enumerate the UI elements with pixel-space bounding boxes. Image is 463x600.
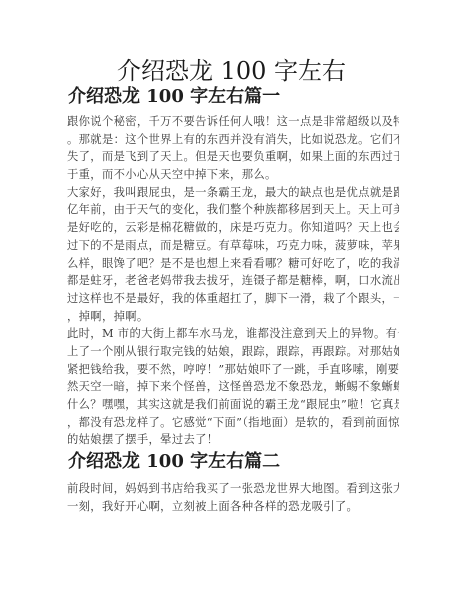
text-line: 。那就是：这个世界上有的东西并没有消失，比如说恐龙。它们不是真正消 [67,131,399,149]
text-line: 上了一个刚从银行取完钱的姑娘，跟踪，跟踪，再跟踪。对那姑娘说：“赶 [67,343,399,361]
text-line: 是好吃的，云彩是棉花糖做的，床是巧克力。你知道吗？天上也会下雨，不 [67,219,399,237]
section-heading-1: 介绍恐龙 100 字左右篇一 [68,86,280,108]
text-line: 么样，眼馋了吧？是不是也想上来看看哪？糖可好吃了，吃的我满嘴洞洞， [67,255,399,273]
text-line: 一刻，我好开心啊，立刻被上面各种各样的恐龙吸引了。 [67,498,399,516]
document-page: 介绍恐龙 100 字左右 介绍恐龙 100 字左右篇一 跟你说个秘密，千万不要告… [0,0,463,600]
section-heading-2: 介绍恐龙 100 字左右篇二 [68,451,280,473]
section-body-1: 跟你说个秘密，千万不要告诉任何人哦！这一点是非常超级以及特别重要滴 。那就是：这… [67,113,399,449]
text-line: 于重，而不小心从天空中掉下来，那么。 [67,166,399,184]
text-line: 前段时间，妈妈到书店给我买了一张恐龙世界大地图。看到这张大地图的那 [67,480,399,498]
text-line: 跟你说个秘密，千万不要告诉任何人哦！这一点是非常超级以及特别重要滴 [67,113,399,131]
text-line: ，都没有恐龙样了。它感觉“下面”（指地面）是软的，看到前面惊魂味定 [67,414,399,432]
text-line: 的姑娘摆了摆手，晕过去了！ [67,431,399,449]
text-line: ，掉啊，掉啊。 [67,308,399,326]
document-title: 介绍恐龙 100 字左右 [0,57,463,85]
text-line: 过这样也不是最好，我的体重超扛了，脚下一滑，栽了个跟头，一直往下掉 [67,290,399,308]
text-line: 失了，而是飞到了天上。但是天也要负重啊，如果上面的东西过于肥胖，过 [67,148,399,166]
text-line: 大家好，我叫跟屁虫，是一条霸王龙，最大的缺点也是优点就是跟屁。好几 [67,184,399,202]
text-line: 此时，M 市的大街上都车水马龙，谁都没注意到天上的异物。有个小偷正瞄 [67,325,399,343]
section-body-2: 前段时间，妈妈到书店给我买了一张恐龙世界大地图。看到这张大地图的那 一刻，我好开… [67,480,399,515]
text-line: 过下的不是雨点，而是糖豆。有草莓味，巧克力味，菠萝味，苹果味……怎 [67,237,399,255]
text-line: 什么？嘿嘿，其实这就是我们前面说的霸王龙“跟屁虫”啦！它真是太胖了 [67,396,399,414]
text-line: 然天空一暗，掉下来个怪兽，这怪兽恐龙不象恐龙，蜥蜴不象蜥蜴，到底是 [67,378,399,396]
text-line: 亿年前，由于天气的变化，我们整个种族都移居到天上。天上可美了，全都 [67,201,399,219]
text-line: 都是蛀牙，老爸老妈带我去拔牙，连镊子都是糖棒，啊，口水流出来了！不 [67,272,399,290]
text-line: 紧把钱给我，要不然，哼哼！”那姑娘吓了一跳，手直哆嗦，刚要掏钱，忽 [67,361,399,379]
